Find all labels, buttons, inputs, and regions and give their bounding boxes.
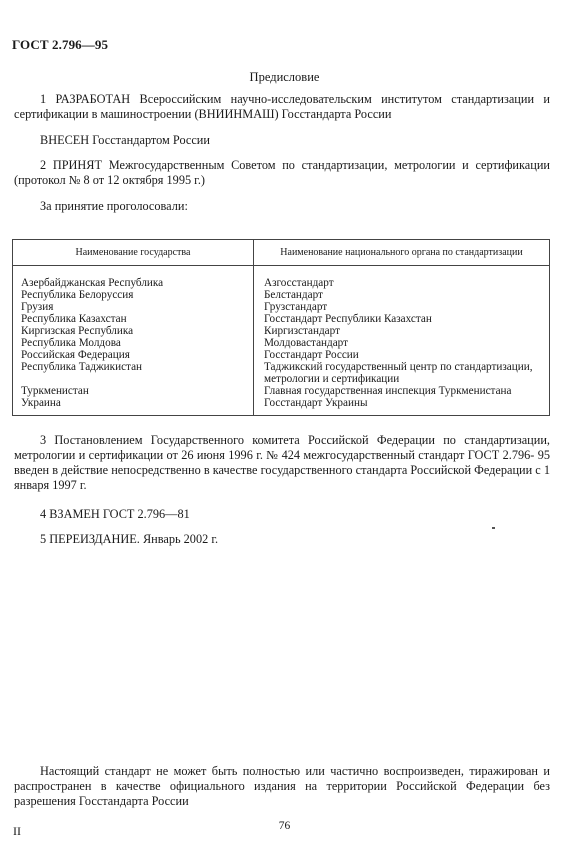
paragraph-reissue-text: 5 ПЕРЕИЗДАНИЕ. Январь 2002 г.: [40, 532, 218, 546]
section-title: Предисловие: [0, 70, 569, 85]
paragraph-developed-text: 1 РАЗРАБОТАН Всероссийским научно-исслед…: [14, 92, 550, 121]
standards-body-name: Госстандарт Республики Казахстан: [264, 313, 549, 325]
standards-body-name: Главная государственная инспекция Туркме…: [264, 385, 549, 397]
paragraph-voted: За принятие проголосовали:: [14, 199, 550, 214]
state-name: Украина: [21, 397, 253, 409]
scan-speck: [492, 527, 495, 529]
standards-body-name: Грузстандарт: [264, 301, 549, 313]
copyright-notice: Настоящий стандарт не может быть полност…: [14, 764, 550, 809]
table-header-row: Наименование государства Наименование на…: [13, 240, 550, 266]
standards-body-name: Таджикский государственный центр по стан…: [264, 361, 549, 373]
paragraph-adopted-text: 2 ПРИНЯТ Межгосударственным Советом по с…: [14, 158, 550, 187]
state-name: Республика Таджикистан: [21, 361, 253, 373]
state-name: Туркменистан: [21, 385, 253, 397]
copyright-notice-text: Настоящий стандарт не может быть полност…: [14, 764, 550, 808]
state-name: Грузия: [21, 301, 253, 313]
paragraph-replaces: 4 ВЗАМЕН ГОСТ 2.796—81: [14, 507, 550, 522]
state-name: Республика Молдова: [21, 337, 253, 349]
column-header-body: Наименование национального органа по ста…: [254, 240, 550, 266]
paragraph-introduced-text: ВНЕСЕН Госстандартом России: [40, 133, 210, 147]
standards-body-name: Молдовастандарт: [264, 337, 549, 349]
standards-body-name: Белстандарт: [264, 289, 549, 301]
state-name: Киргизская Республика: [21, 325, 253, 337]
page-number: 76: [0, 820, 569, 832]
standards-body-name: Азгосстандарт: [264, 277, 549, 289]
paragraph-enacted: 3 Постановлением Государственного комите…: [14, 433, 550, 493]
paragraph-adopted: 2 ПРИНЯТ Межгосударственным Советом по с…: [14, 158, 550, 188]
states-cell: Азербайджанская РеспубликаРеспублика Бел…: [13, 266, 254, 416]
paragraph-replaces-text: 4 ВЗАМЕН ГОСТ 2.796—81: [40, 507, 190, 521]
standards-body-name: Госстандарт Украины: [264, 397, 549, 409]
voting-table: Наименование государства Наименование на…: [12, 239, 550, 416]
standards-body-name: метрологии и сертификации: [264, 373, 549, 385]
state-name: [21, 373, 253, 385]
bodies-cell: АзгосстандартБелстандартГрузстандартГосс…: [254, 266, 550, 416]
standards-body-name: Киргизстандарт: [264, 325, 549, 337]
standards-body-name: Госстандарт России: [264, 349, 549, 361]
paragraph-enacted-text: 3 Постановлением Государственного комите…: [14, 433, 550, 492]
paragraph-introduced: ВНЕСЕН Госстандартом России: [14, 133, 550, 148]
state-name: Российская Федерация: [21, 349, 253, 361]
state-name: Азербайджанская Республика: [21, 277, 253, 289]
state-name: Республика Белоруссия: [21, 289, 253, 301]
state-name: Республика Казахстан: [21, 313, 253, 325]
paragraph-reissue: 5 ПЕРЕИЗДАНИЕ. Январь 2002 г.: [14, 532, 550, 547]
paragraph-voted-text: За принятие проголосовали:: [40, 199, 188, 213]
paragraph-developed: 1 РАЗРАБОТАН Всероссийским научно-исслед…: [14, 92, 550, 122]
standard-code: ГОСТ 2.796—95: [12, 37, 108, 53]
column-header-state: Наименование государства: [13, 240, 254, 266]
table-row: Азербайджанская РеспубликаРеспублика Бел…: [13, 266, 550, 416]
